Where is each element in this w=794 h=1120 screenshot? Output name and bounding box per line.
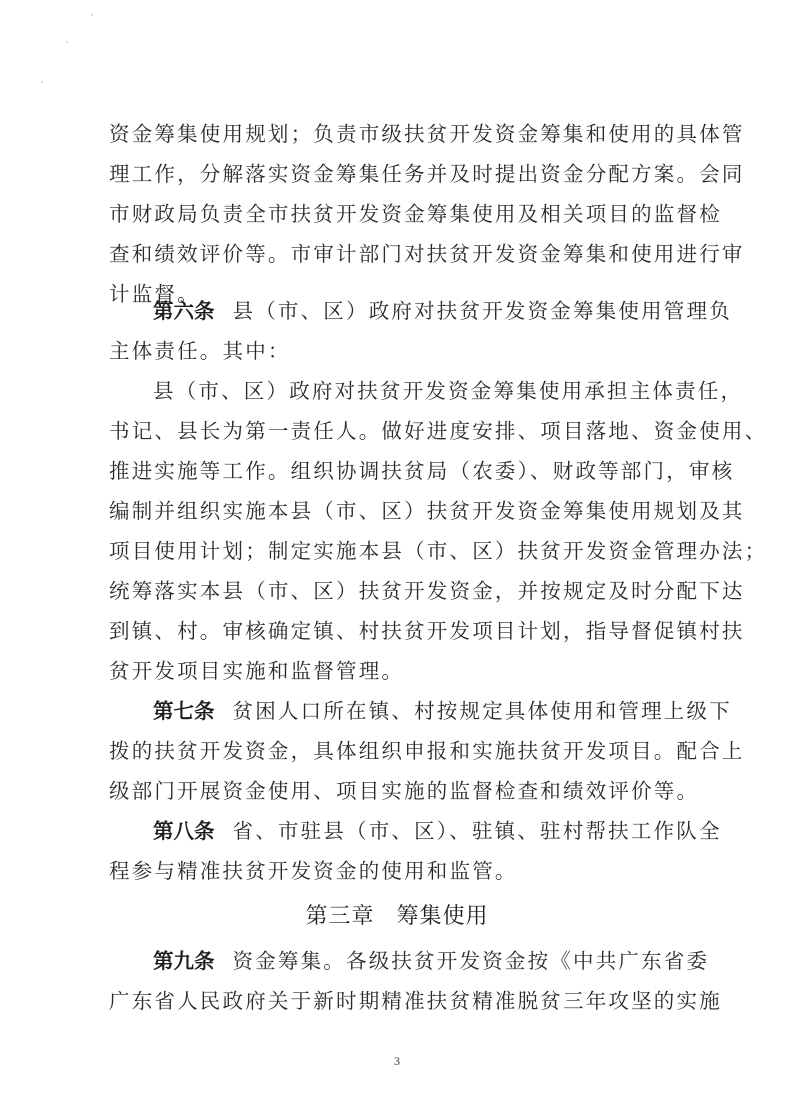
article-text: 省、市驻县（市、区）、驻镇、驻村帮扶工作队全 <box>233 819 722 843</box>
text-line: 编制并组织实施本县（市、区）扶贫开发资金筹集使用规划及其 <box>109 491 705 531</box>
article-7: 第七条贫困人口所在镇、村按规定具体使用和管理上级下 拨的扶贫开发资金，具体组织申… <box>109 691 705 811</box>
scan-speck <box>66 41 68 43</box>
text-line: 第六条县（市、区）政府对扶贫开发资金筹集使用管理负 <box>109 291 705 331</box>
article-6: 第六条县（市、区）政府对扶贫开发资金筹集使用管理负 主体责任。其中： <box>109 291 705 371</box>
text-line: 资金筹集使用规划；负责市级扶贫开发资金筹集和使用的具体管 <box>109 114 705 154</box>
article-number: 第六条 <box>153 299 215 323</box>
text-line: 级部门开展资金使用、项目实施的监督检查和绩效评价等。 <box>109 771 705 811</box>
chapter-number: 第三章 <box>305 904 374 929</box>
text-line: 广东省人民政府关于新时期精准扶贫精准脱贫三年攻坚的实施 <box>109 981 705 1021</box>
article-number: 第八条 <box>153 819 215 843</box>
text-line: 主体责任。其中： <box>109 331 705 371</box>
text-line: 项目使用计划；制定实施本县（市、区）扶贫开发资金管理办法； <box>109 531 705 571</box>
article-text: 县（市、区）政府对扶贫开发资金筹集使用管理负 <box>233 299 732 323</box>
article-text: 资金筹集。各级扶贫开发资金按《中共广东省委 <box>233 949 710 973</box>
text-line: 贫开发项目实施和监督管理。 <box>109 651 705 691</box>
text-line: 第七条贫困人口所在镇、村按规定具体使用和管理上级下 <box>109 691 705 731</box>
text-line: 统筹落实本县（市、区）扶贫开发资金，并按规定及时分配下达 <box>109 571 705 611</box>
continuation-paragraph: 资金筹集使用规划；负责市级扶贫开发资金筹集和使用的具体管 理工作，分解落实资金筹… <box>109 114 705 314</box>
text-line: 到镇、村。审核确定镇、村扶贫开发项目计划，指导督促镇村扶 <box>109 611 705 651</box>
article-9: 第九条资金筹集。各级扶贫开发资金按《中共广东省委 广东省人民政府关于新时期精准扶… <box>109 941 705 1021</box>
article-number: 第七条 <box>153 699 215 723</box>
text-line: 县（市、区）政府对扶贫开发资金筹集使用承担主体责任， <box>109 371 705 411</box>
text-line: 市财政局负责全市扶贫开发资金筹集使用及相关项目的监督检 <box>109 194 705 234</box>
text-line: 拨的扶贫开发资金，具体组织申报和实施扶贫开发项目。配合上 <box>109 731 705 771</box>
text-line: 推进实施等工作。组织协调扶贫局（农委）、财政等部门，审核 <box>109 451 705 491</box>
article-number: 第九条 <box>153 949 215 973</box>
article-8: 第八条省、市驻县（市、区）、驻镇、驻村帮扶工作队全 程参与精准扶贫开发资金的使用… <box>109 811 705 891</box>
text-line: 理工作，分解落实资金筹集任务并及时提出资金分配方案。会同 <box>109 154 705 194</box>
text-line: 书记、县长为第一责任人。做好进度安排、项目落地、资金使用、 <box>109 411 705 451</box>
county-responsibility-paragraph: 县（市、区）政府对扶贫开发资金筹集使用承担主体责任， 书记、县长为第一责任人。做… <box>109 371 705 691</box>
chapter-title-text: 筹集使用 <box>397 904 489 929</box>
document-page: 资金筹集使用规划；负责市级扶贫开发资金筹集和使用的具体管 理工作，分解落实资金筹… <box>0 0 794 1120</box>
text-line: 程参与精准扶贫开发资金的使用和监管。 <box>109 851 705 891</box>
text-line: 查和绩效评价等。市审计部门对扶贫开发资金筹集和使用进行审 <box>109 234 705 274</box>
scan-speck <box>41 81 43 83</box>
article-text: 贫困人口所在镇、村按规定具体使用和管理上级下 <box>233 699 732 723</box>
text-line: 第九条资金筹集。各级扶贫开发资金按《中共广东省委 <box>109 941 705 981</box>
scan-speck <box>91 14 93 16</box>
chapter-heading: 第三章筹集使用 <box>0 897 794 937</box>
text-line: 第八条省、市驻县（市、区）、驻镇、驻村帮扶工作队全 <box>109 811 705 851</box>
page-number: 3 <box>0 1054 794 1069</box>
